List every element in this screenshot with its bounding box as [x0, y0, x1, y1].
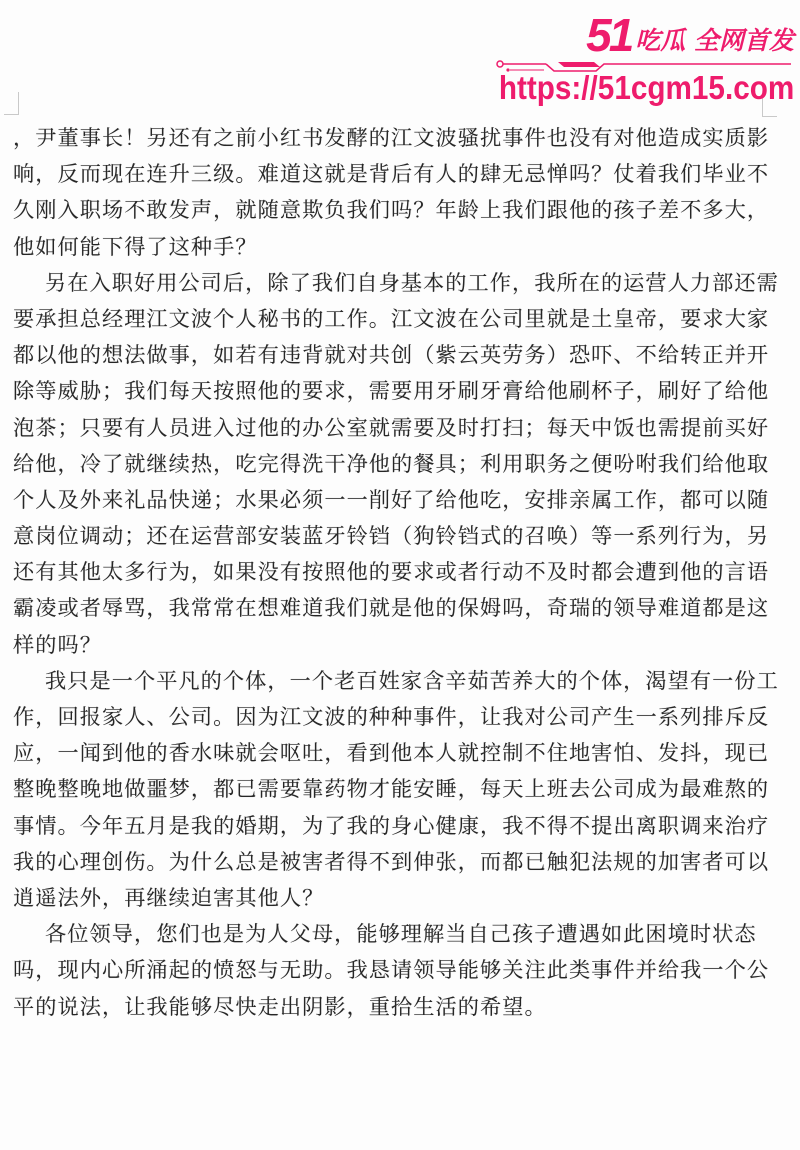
text-line: 他如何能下得了这种手？	[13, 229, 773, 265]
document-page: 51 吃瓜 全网首发 https://51cgm15.com ，尹董事长！另还有…	[0, 0, 800, 1150]
text-line: 霸凌或者辱骂，我常常在想难道我们就是他的保姆吗，奇瑞的领导难道都是这	[13, 590, 773, 626]
text-line: 还有其他太多行为，如果没有按照他的要求或者行动不及时都会遭到他的言语	[13, 554, 773, 590]
text-line: 除等威胁；我们每天按照他的要求，需要用牙刷牙膏给他刷杯子，刷好了给他	[13, 373, 773, 409]
text-line: 平的说法，让我能够尽快走出阴影，重拾生活的希望。	[13, 989, 773, 1025]
watermark-slogan: 吃瓜 全网首发	[635, 26, 794, 56]
text-line: 应，一闻到他的香水味就会呕吐，看到他本人就控制不住地害怕、发抖，现已	[13, 735, 773, 771]
crop-mark-top-left	[4, 92, 19, 115]
text-line: 另在入职好用公司后，除了我们自身基本的工作，我所在的运营人力部还需	[13, 265, 773, 301]
text-line: 要承担总经理江文波个人秘书的工作。江文波在公司里就是土皇帝，要求大家	[13, 301, 773, 337]
paragraph: ，尹董事长！另还有之前小红书发酵的江文波骚扰事件也没有对他造成实质影响，反而现在…	[13, 120, 773, 265]
text-line: 久刚入职场不敢发声，就随意欺负我们吗？年龄上我们跟他的孩子差不多大，	[13, 192, 773, 228]
text-line: 个人及外来礼品快递；水果必须一一削好了给他吃，安排亲属工作，都可以随	[13, 482, 773, 518]
text-line: 事情。今年五月是我的婚期，为了我的身心健康，我不得不提出离职调来治疗	[13, 808, 773, 844]
watermark: 51 吃瓜 全网首发 https://51cgm15.com	[496, 8, 796, 108]
watermark-header: 51 吃瓜 全网首发	[586, 12, 794, 58]
watermark-logo-number: 51	[586, 12, 631, 58]
text-line: 作，回报家人、公司。因为江文波的种种事件，让我对公司产生一系列排斥反	[13, 699, 773, 735]
text-line: 各位领导，您们也是为人父母，能够理解当自己孩子遭遇如此困境时状态	[13, 916, 773, 952]
text-line: 逍遥法外，再继续迫害其他人？	[13, 880, 773, 916]
text-line: 都以他的想法做事，如若有违背就对共创（紫云英劳务）恐吓、不给转正并开	[13, 337, 773, 373]
text-line: 我的心理创伤。为什么总是被害者得不到伸张，而都已触犯法规的加害者可以	[13, 844, 773, 880]
paragraph: 各位领导，您们也是为人父母，能够理解当自己孩子遭遇如此困境时状态吗，现内心所涌起…	[13, 916, 773, 1025]
document-body: ，尹董事长！另还有之前小红书发酵的江文波骚扰事件也没有对他造成实质影响，反而现在…	[13, 120, 773, 1025]
text-line: 泡茶；只要有人员进入过他的办公室就需要及时打扫；每天中饭也需提前买好	[13, 410, 773, 446]
text-line: 我只是一个平凡的个体，一个老百姓家含辛茹苦养大的个体，渴望有一份工	[13, 663, 773, 699]
text-line: 整晚整晚地做噩梦，都已需要靠药物才能安睡，每天上班去公司成为最难熬的	[13, 771, 773, 807]
paragraph: 我只是一个平凡的个体，一个老百姓家含辛茹苦养大的个体，渴望有一份工作，回报家人、…	[13, 663, 773, 916]
text-line: 响，反而现在连升三级。难道这就是背后有人的肆无忌惮吗？仗着我们毕业不	[13, 156, 773, 192]
text-line: 吗，现内心所涌起的愤怒与无助。我恳请领导能够关注此类事件并给我一个公	[13, 952, 773, 988]
watermark-url: https://51cgm15.com	[499, 70, 794, 106]
text-line: 给他，冷了就继续热，吃完得洗干净他的餐具；利用职务之便吩咐我们给他取	[13, 446, 773, 482]
text-line: 样的吗？	[13, 627, 773, 663]
paragraph: 另在入职好用公司后，除了我们自身基本的工作，我所在的运营人力部还需要承担总经理江…	[13, 265, 773, 663]
text-line: ，尹董事长！另还有之前小红书发酵的江文波骚扰事件也没有对他造成实质影	[13, 120, 773, 156]
text-line: 意岗位调动；还在运营部安装蓝牙铃铛（狗铃铛式的召唤）等一系列行为，另	[13, 518, 773, 554]
